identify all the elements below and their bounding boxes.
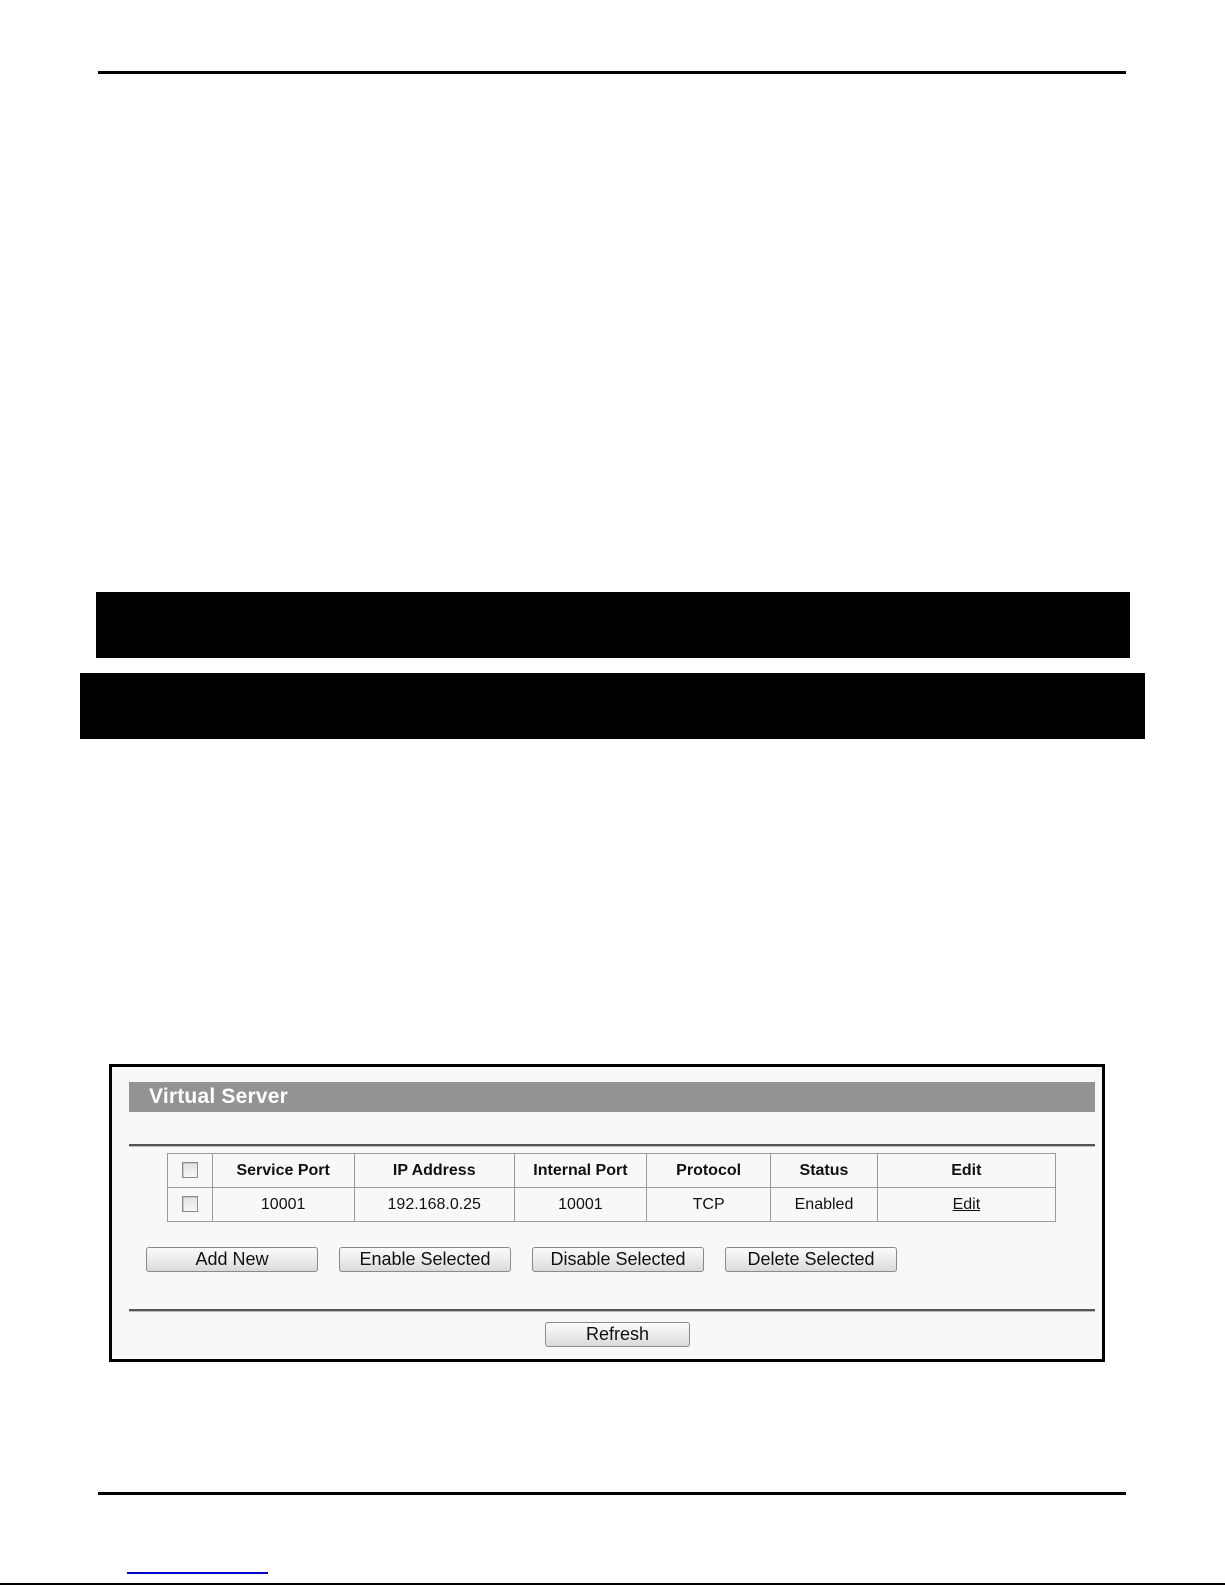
cell-status: Enabled <box>771 1188 877 1222</box>
redacted-block <box>96 592 1130 658</box>
divider <box>129 1144 1095 1147</box>
virtual-server-panel: Virtual Server Service Port IP Address I… <box>109 1064 1105 1362</box>
column-header-status: Status <box>771 1154 877 1188</box>
column-header-protocol: Protocol <box>646 1154 770 1188</box>
column-header-service-port: Service Port <box>212 1154 354 1188</box>
panel-title: Virtual Server <box>129 1082 1095 1112</box>
enable-selected-button[interactable]: Enable Selected <box>339 1247 511 1272</box>
row-select-cell <box>168 1188 213 1222</box>
select-all-checkbox[interactable] <box>182 1162 198 1178</box>
cell-internal-port: 10001 <box>514 1188 646 1222</box>
column-header-internal-port: Internal Port <box>514 1154 646 1188</box>
redacted-block <box>80 673 1145 739</box>
disable-selected-button[interactable]: Disable Selected <box>532 1247 704 1272</box>
select-all-cell <box>168 1154 213 1188</box>
cell-service-port: 10001 <box>212 1188 354 1222</box>
virtual-server-table: Service Port IP Address Internal Port Pr… <box>167 1153 1056 1222</box>
column-header-ip-address: IP Address <box>354 1154 514 1188</box>
footer-link[interactable] <box>127 1572 268 1574</box>
column-header-edit: Edit <box>877 1154 1055 1188</box>
divider <box>129 1309 1095 1312</box>
header-rule <box>98 71 1126 74</box>
add-new-button[interactable]: Add New <box>146 1247 318 1272</box>
cell-edit: Edit <box>877 1188 1055 1222</box>
cell-ip-address: 192.168.0.25 <box>354 1188 514 1222</box>
delete-selected-button[interactable]: Delete Selected <box>725 1247 897 1272</box>
table-header-row: Service Port IP Address Internal Port Pr… <box>168 1154 1056 1188</box>
refresh-button[interactable]: Refresh <box>545 1322 690 1347</box>
footer-rule <box>98 1492 1126 1495</box>
row-checkbox[interactable] <box>182 1196 198 1212</box>
edit-link[interactable]: Edit <box>953 1196 981 1213</box>
cell-protocol: TCP <box>646 1188 770 1222</box>
table-row: 10001 192.168.0.25 10001 TCP Enabled Edi… <box>168 1188 1056 1222</box>
